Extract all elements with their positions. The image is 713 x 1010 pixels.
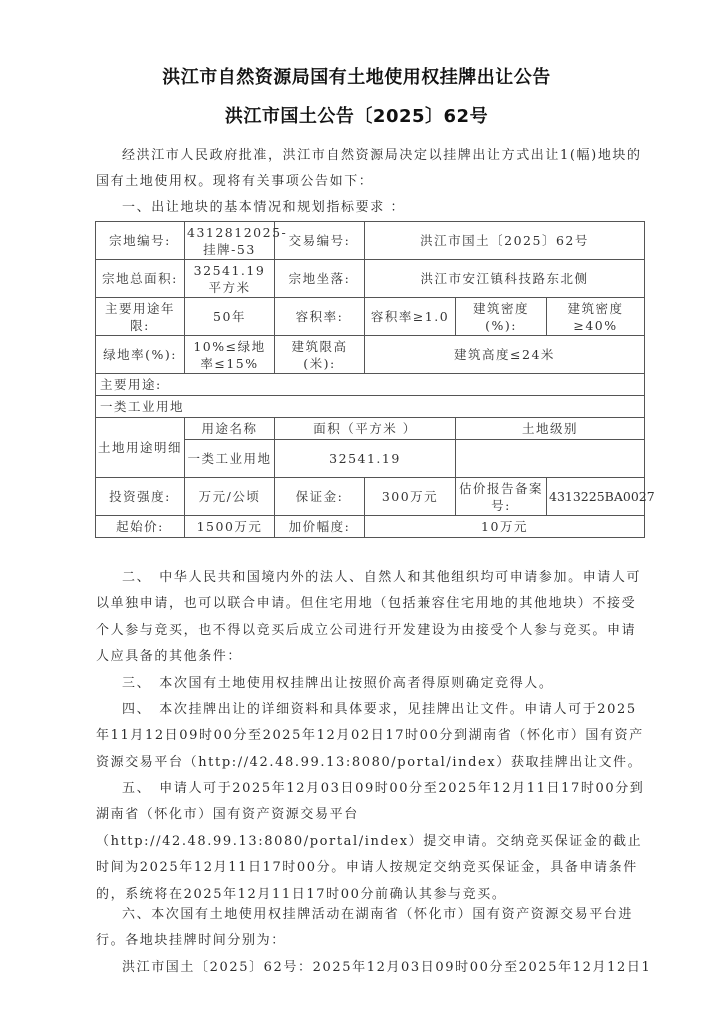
- area-header: 面积（平方米 ）: [275, 418, 456, 440]
- term-label: 主要用途年限:: [96, 298, 185, 336]
- density-label: 建筑密度(%):: [456, 298, 547, 336]
- section-5: 五、 申请人可于2025年12月03日09时00分至2025年12月11日17时…: [96, 776, 648, 908]
- start-price-label: 起始价:: [96, 516, 185, 538]
- location-label: 宗地坐落:: [275, 260, 365, 298]
- use-detail-label: 土地用途明细: [96, 418, 185, 478]
- deposit-label: 保证金:: [275, 478, 365, 516]
- appraisal-value: 4313225BA0027: [547, 478, 645, 516]
- location-value: 洪江市安江镇科技路东北侧: [365, 260, 645, 298]
- land-grade-header: 土地级别: [456, 418, 645, 440]
- table-row: 宗地总面积: 32541.19平方米 宗地坐落: 洪江市安江镇科技路东北侧: [96, 260, 645, 298]
- height-limit-value: 建筑高度≤24米: [365, 336, 645, 374]
- table-row: 土地用途明细 用途名称 面积（平方米 ） 土地级别: [96, 418, 645, 440]
- density-value: 建筑密度≥40%: [547, 298, 645, 336]
- total-area-value: 32541.19平方米: [185, 260, 275, 298]
- document-title: 洪江市自然资源局国有土地使用权挂牌出让公告: [0, 63, 713, 89]
- height-limit-label: 建筑限高(米):: [275, 336, 365, 374]
- table-row: 主要用途:: [96, 374, 645, 396]
- intro-paragraph: 经洪江市人民政府批准，洪江市自然资源局决定以挂牌出让方式出让1(幅)地块的国有土…: [96, 143, 648, 196]
- area-value: 32541.19: [275, 440, 456, 478]
- far-value: 容积率≥1.0: [365, 298, 456, 336]
- table-row: 一类工业用地: [96, 396, 645, 418]
- section-2: 二、 中华人民共和国境内外的法人、自然人和其他组织均可申请参加。申请人可以单独申…: [96, 565, 648, 671]
- use-name-header: 用途名称: [185, 418, 275, 440]
- parcel-no-label: 宗地编号:: [96, 222, 185, 260]
- total-area-label: 宗地总面积:: [96, 260, 185, 298]
- trade-no-value: 洪江市国土〔2025〕62号: [365, 222, 645, 260]
- section-6: 六、本次国有土地使用权挂牌活动在湖南省（怀化市）国有资产资源交易平台进行。各地块…: [96, 902, 648, 955]
- appraisal-label: 估价报告备案号:: [456, 478, 547, 516]
- main-use-label: 主要用途:: [96, 374, 645, 396]
- green-ratio-value: 10%≤绿地率≤15%: [185, 336, 275, 374]
- table-row: 绿地率(%): 10%≤绿地率≤15% 建筑限高(米): 建筑高度≤24米: [96, 336, 645, 374]
- start-price-value: 1500万元: [185, 516, 275, 538]
- investment-label: 投资强度:: [96, 478, 185, 516]
- green-ratio-label: 绿地率(%):: [96, 336, 185, 374]
- section-1-heading: 一、出让地块的基本情况和规划指标要求 ：: [96, 195, 648, 221]
- term-value: 50年: [185, 298, 275, 336]
- use-name-value: 一类工业用地: [185, 440, 275, 478]
- investment-value: 万元/公顷: [185, 478, 275, 516]
- table-row: 宗地编号: 4312812025-挂牌-53 交易编号: 洪江市国土〔2025〕…: [96, 222, 645, 260]
- parcel-info-table: 宗地编号: 4312812025-挂牌-53 交易编号: 洪江市国土〔2025〕…: [95, 221, 645, 538]
- land-grade-value: [456, 440, 645, 478]
- table-row: 投资强度: 万元/公顷 保证金: 300万元 估价报告备案号: 4313225B…: [96, 478, 645, 516]
- table-row: 主要用途年限: 50年 容积率: 容积率≥1.0 建筑密度(%): 建筑密度≥4…: [96, 298, 645, 336]
- section-3: 三、 本次国有土地使用权挂牌出让按照价高者得原则确定竞得人。: [96, 671, 648, 697]
- table-row: 起始价: 1500万元 加价幅度: 10万元: [96, 516, 645, 538]
- far-label: 容积率:: [275, 298, 365, 336]
- trade-no-label: 交易编号:: [275, 222, 365, 260]
- document-number: 洪江市国土公告〔2025〕62号: [0, 102, 713, 128]
- deposit-value: 300万元: [365, 478, 456, 516]
- increment-label: 加价幅度:: [275, 516, 365, 538]
- section-4: 四、 本次挂牌出让的详细资料和具体要求，见挂牌出让文件。申请人可于2025年11…: [96, 697, 648, 776]
- parcel-no-value: 4312812025-挂牌-53: [185, 222, 275, 260]
- section-6-schedule: 洪江市国土〔2025〕62号：2025年12月03日09时00分至2025年12…: [96, 955, 648, 981]
- main-use-value: 一类工业用地: [96, 396, 645, 418]
- increment-value: 10万元: [365, 516, 645, 538]
